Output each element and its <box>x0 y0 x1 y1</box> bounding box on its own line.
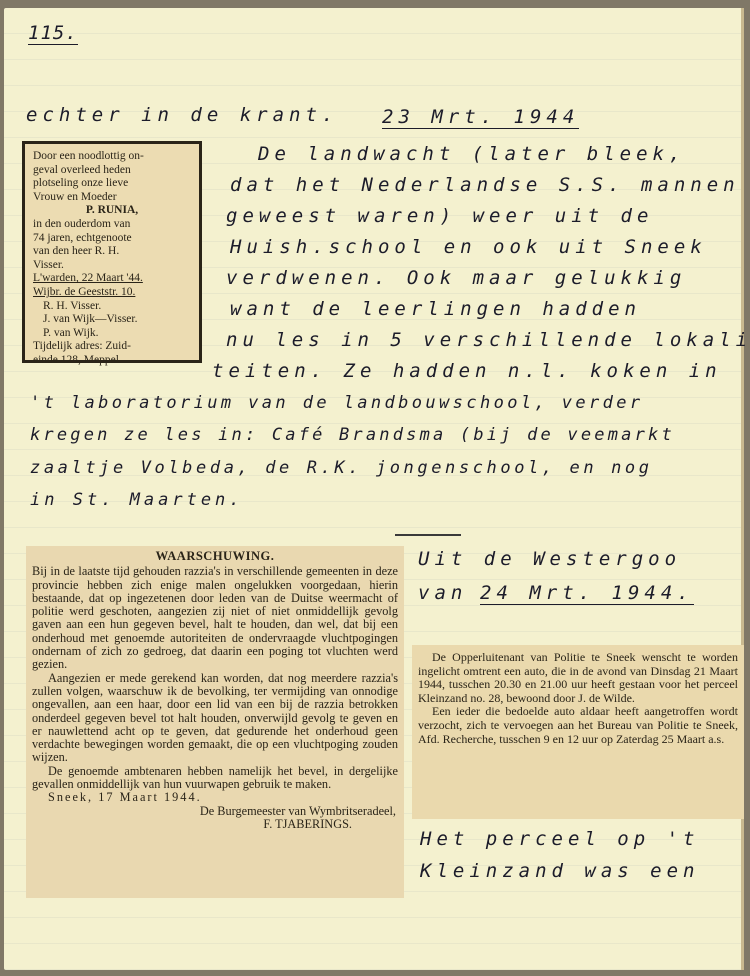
handwritten-closing-line: Kleinzand was een <box>420 860 699 882</box>
temp-address-line: einde 128, Meppel. <box>33 354 191 368</box>
handwritten-closing-line: Het perceel op 't <box>420 828 699 850</box>
warning-signature-name: F. TJABERINGS. <box>32 818 398 831</box>
warning-paragraph: Bij in de laatste tijd gehouden razzia's… <box>32 565 398 671</box>
handwritten-line: dat het Nederlandse S.S. mannen <box>230 174 740 196</box>
warning-title: WAARSCHUWING. <box>32 550 398 563</box>
handwritten-line: zaaltje Volbeda, de R.K. jongenschool, e… <box>30 458 653 478</box>
police-paragraph: De Opperluitenant van Politie te Sneek w… <box>418 651 738 705</box>
notice-line: Vrouw en Moeder <box>33 191 191 205</box>
notice-line: van den heer R. H. <box>33 245 191 259</box>
notice-line: 74 jaren, echtgenoote <box>33 232 191 246</box>
handwritten-line: verdwenen. Ook maar gelukkig <box>226 267 686 289</box>
handwritten-line: nu les in 5 verschillende lokali- <box>226 329 750 351</box>
family-member: J. van Wijk—Visser. <box>33 313 191 327</box>
notice-line: plotseling onze lieve <box>33 177 191 191</box>
family-member: R. H. Visser. <box>33 300 191 314</box>
page-number: 115. <box>28 22 78 45</box>
handwritten-intro-line: echter in de krant. <box>26 104 338 126</box>
warning-place-date: Sneek, 17 Maart 1944. <box>32 791 398 804</box>
handwritten-line: De landwacht (later bleek, <box>258 143 685 165</box>
section-divider <box>395 534 461 536</box>
page-edge <box>741 8 744 970</box>
notice-place-date: L'warden, 22 Maart '44. <box>33 272 191 286</box>
handwritten-line: kregen ze les in: Café Brandsma (bij de … <box>30 425 675 445</box>
police-paragraph: Een ieder die bedoelde auto aldaar heeft… <box>418 705 738 746</box>
deceased-name: P. RUNIA, <box>33 204 191 218</box>
notice-line: in den ouderdom van <box>33 218 191 232</box>
handwritten-source-prefix: van <box>418 582 467 604</box>
notice-address: Wijbr. de Geeststr. 10. <box>33 286 191 300</box>
handwritten-line: want de leerlingen hadden <box>230 298 641 320</box>
handwritten-source-date: 24 Mrt. 1944. <box>480 582 694 605</box>
warning-signature-title: De Burgemeester van Wymbritseradeel, <box>32 805 398 818</box>
handwritten-line: Huish.school en ook uit Sneek <box>230 236 707 258</box>
handwritten-source: Uit de Westergoo <box>418 548 681 570</box>
notice-line: Door een noodlottig on- <box>33 150 191 164</box>
handwritten-line: geweest waren) weer uit de <box>226 205 653 227</box>
family-member: P. van Wijk. <box>33 327 191 341</box>
police-notice-clipping: De Opperluitenant van Politie te Sneek w… <box>412 645 744 819</box>
handwritten-line: teiten. Ze hadden n.l. koken in <box>212 360 722 382</box>
warning-paragraph: Aangezien er mede gerekend kan worden, d… <box>32 672 398 765</box>
warning-paragraph: De genoemde ambtenaren hebben namelijk h… <box>32 765 398 792</box>
temp-address-line: Tijdelijk adres: Zuid- <box>33 340 191 354</box>
handwritten-line: 't laboratorium van de landbouwschool, v… <box>30 393 644 413</box>
notice-line: geval overleed heden <box>33 164 191 178</box>
notice-line: Visser. <box>33 259 191 273</box>
warning-clipping: WAARSCHUWING. Bij in de laatste tijd geh… <box>26 546 404 898</box>
death-notice-clipping: Door een noodlottig on- geval overleed h… <box>22 141 202 363</box>
handwritten-date-header: 23 Mrt. 1944 <box>382 106 579 129</box>
handwritten-line: in St. Maarten. <box>30 490 244 510</box>
